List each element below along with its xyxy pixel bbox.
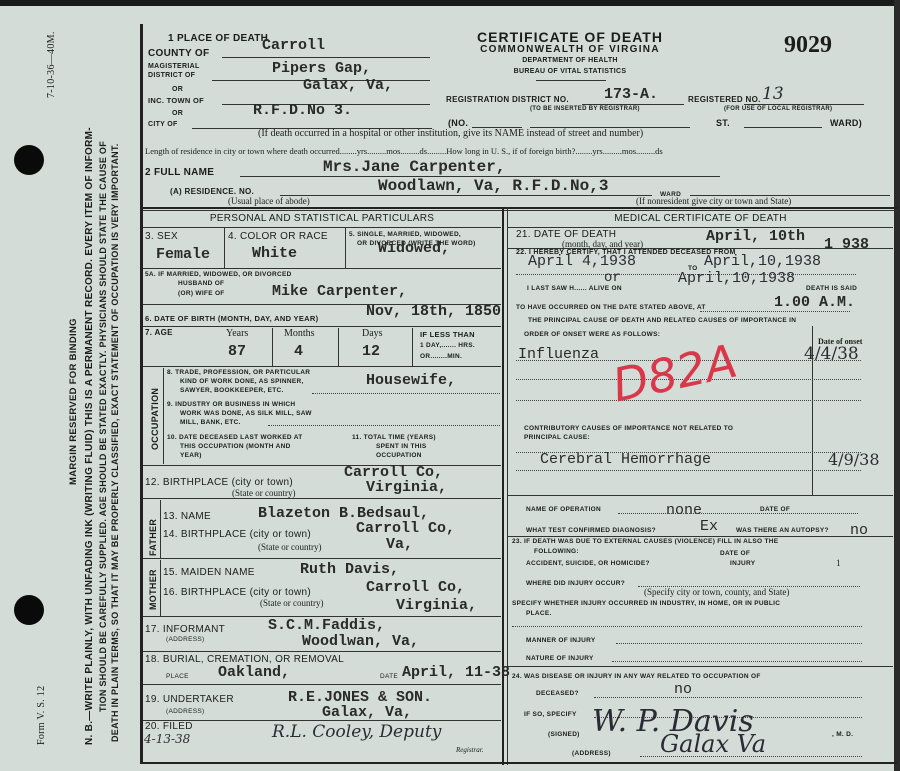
test-label: WHAT TEST CONFIRMED DIAGNOSIS? <box>526 527 656 534</box>
father-birthplace-sublabel: (State or country) <box>258 542 321 552</box>
reg-district-label: REGISTRATION DISTRICT NO. <box>446 95 569 104</box>
dob-value: Nov, 18th, 1850 <box>366 303 501 320</box>
registered-note: (FOR USE OF LOCAL REGISTRAR) <box>724 106 832 112</box>
where-label: WHERE DID INJURY OCCUR? <box>526 580 625 587</box>
total-time-label-2: SPENT IN THIS <box>376 443 427 450</box>
form-name: Form V. S. 12 <box>36 686 47 745</box>
residence-line <box>280 195 652 196</box>
residence-label: (A) RESIDENCE. NO. <box>170 187 254 196</box>
last-saw-label: I LAST SAW H...... ALIVE ON <box>527 285 622 292</box>
birthplace-state: Virginia, <box>366 479 447 496</box>
district-label-2: DISTRICT OF <box>148 72 195 79</box>
last-worked-label-2: THIS OCCUPATION (month and <box>180 443 291 450</box>
informant-name: S.C.M.Faddis, <box>268 617 385 634</box>
injury-date-label-2: INJURY <box>730 560 755 567</box>
industry-line <box>268 425 500 426</box>
registered-label: REGISTERED NO. <box>688 95 761 104</box>
residence-length: Length of residence in city or town wher… <box>145 146 663 156</box>
specify-line <box>512 626 862 627</box>
operation-value: none <box>666 502 702 519</box>
mother-side-label: MOTHER <box>148 569 158 610</box>
occupation-related-label-1: 24. WAS DISEASE OR INJURY IN ANY WAY REL… <box>512 673 761 680</box>
full-name-label: 2 FULL NAME <box>145 167 214 178</box>
burial-place: Oakland, <box>218 664 290 681</box>
informant-address-label: (ADDRESS) <box>166 636 204 643</box>
occupation-bracket <box>163 368 164 464</box>
months-label: Months <box>284 328 315 339</box>
undertaker-label: 19. UNDERTAKER <box>145 694 234 705</box>
trade-value: Housewife, <box>366 372 456 389</box>
occupation-related-line <box>594 697 862 698</box>
personal-heading: PERSONAL AND STATISTICAL PARTICULARS <box>143 213 501 224</box>
contributory-line-2 <box>516 470 861 471</box>
row-line-9 <box>143 651 501 652</box>
residence-value: Woodlawn, Va, R.F.D.No,3 <box>378 177 608 195</box>
hospital-note: (If death occurred in a hospital or othe… <box>258 128 643 139</box>
department-name: DEPARTMENT OF HEALTH <box>440 57 700 64</box>
years-divider <box>272 328 273 366</box>
total-time-label-1: 11. TOTAL TIME (YEARS) <box>352 434 436 441</box>
undertaker-address-label: (ADDRESS) <box>166 708 204 715</box>
ward-label: WARD) <box>830 118 862 128</box>
margin-instructions-1: N. B.—WRITE PLAINLY, WITH UNFADING INK (… <box>84 127 95 745</box>
header-rule <box>536 80 606 81</box>
accident-label: ACCIDENT, SUICIDE, OR HOMICIDE? <box>526 560 650 567</box>
attended-to: April,10,1938 <box>704 253 821 270</box>
column-divider <box>502 207 504 765</box>
trade-line <box>312 393 500 394</box>
operation-line <box>618 513 858 514</box>
nature-label: NATURE OF INJURY <box>526 655 594 662</box>
death-year-value: 1 938 <box>824 236 869 253</box>
specify-label-2: PLACE. <box>526 610 552 617</box>
date-of-death-value: April, 10th <box>706 228 805 245</box>
form-left-border <box>140 24 143 764</box>
full-name-value: Mrs.Jane Carpenter, <box>323 158 505 176</box>
principal-label-1: THE PRINCIPAL CAUSE OF DEATH AND RELATED… <box>528 317 796 324</box>
last-saw-value: April,10,1938 <box>678 270 795 287</box>
years-value: 87 <box>228 343 246 360</box>
bottom-border <box>143 762 898 764</box>
principal-label-2: ORDER OF ONSET WERE AS FOLLOWS: <box>524 331 660 338</box>
birthplace-label: 12. BIRTHPLACE (city or town) <box>145 477 293 488</box>
trade-label-1: 8. TRADE, PROFESSION, OR PARTICULAR <box>167 369 310 376</box>
punch-hole-bottom <box>14 595 44 625</box>
sex-label: 3. SEX <box>145 231 178 242</box>
st-label: ST. <box>716 118 730 128</box>
personal-heading-line <box>143 227 501 228</box>
nonresident-note: (If nonresident give city or town and St… <box>636 196 791 206</box>
burial-date: April, 11-38 <box>402 664 510 681</box>
or-2: OR <box>172 110 183 117</box>
marital-value: Widowed, <box>378 240 450 257</box>
age-label: 7. AGE <box>145 328 173 337</box>
registrar-signature: R.L. Cooley, Deputy <box>272 722 441 742</box>
trade-label-3: SAWYER, BOOKKEEPER, ETC. <box>180 387 284 394</box>
residence-note: (Usual place of abode) <box>228 196 310 206</box>
undertaker-address: Galax, Va, <box>322 704 412 721</box>
row-line-10 <box>143 684 501 685</box>
mother-birthplace-state: Virginia, <box>396 597 477 614</box>
or-text: or <box>604 270 621 286</box>
mother-birthplace-city: Carroll Co, <box>366 579 465 596</box>
section-divider <box>143 207 898 209</box>
county-label: COUNTY OF <box>148 48 209 59</box>
autopsy-label: WAS THERE AN AUTOPSY? <box>736 527 829 534</box>
time-value: 1.00 A.M. <box>774 294 855 311</box>
cause-line-3 <box>516 400 861 401</box>
contributory-label-1: CONTRIBUTORY CAUSES OF IMPORTANCE NOT RE… <box>524 425 733 432</box>
medical-heading: MEDICAL CERTIFICATE OF DEATH <box>508 213 893 224</box>
race-value: White <box>252 245 297 262</box>
industry-label-3: MILL, BANK, ETC. <box>180 419 241 426</box>
informant-label: 17. INFORMANT <box>145 624 225 635</box>
district-value: Pipers Gap, <box>272 60 371 77</box>
certificate-number: 9029 <box>784 32 832 59</box>
attended-from: April 4,1938 <box>528 253 636 270</box>
occupation-related-label-2: DECEASED? <box>536 690 579 697</box>
mother-birthplace-label: 16. BIRTHPLACE (city or town) <box>163 587 311 598</box>
race-divider <box>345 228 346 268</box>
row-line-3 <box>143 326 501 327</box>
spouse-value: Mike Carpenter, <box>272 283 407 300</box>
row-line-4 <box>143 366 501 367</box>
birthplace-sublabel: (State or country) <box>232 488 295 498</box>
medical-row-line-2 <box>508 536 893 537</box>
section-divider-2 <box>143 210 898 211</box>
principal-onset: 4/4/38 <box>804 344 859 364</box>
spouse-label-2: HUSBAND OF <box>178 280 224 287</box>
occupation-related-value: no <box>674 681 692 698</box>
or-1: OR <box>172 86 183 93</box>
days-value: 12 <box>362 343 380 360</box>
marital-label-1: 5. SINGLE, MARRIED, WIDOWED, <box>349 231 461 238</box>
days-label: Days <box>362 328 383 339</box>
external-label-1: 23. IF DEATH WAS DUE TO EXTERNAL CAUSES … <box>512 538 778 545</box>
margin-instructions-2: TION SHOULD BE CAREFULLY SUPPLIED. AGE S… <box>98 141 108 712</box>
manner-line <box>616 643 862 644</box>
death-said-label: DEATH IS SAID <box>806 285 857 292</box>
death-certificate-page: 7-10-36—40M. Form V. S. 12 MARGIN RESERV… <box>0 0 900 771</box>
where-note: (Specify city or town, county, and State… <box>644 587 789 597</box>
less-label-1: IF LESS THAN <box>420 330 475 339</box>
sex-value: Female <box>156 246 210 263</box>
burial-place-label: PLACE <box>166 673 189 680</box>
injury-mark: 1 <box>836 558 841 568</box>
bureau-name: BUREAU OF VITAL STATISTICS <box>440 68 700 75</box>
punch-hole-top <box>14 145 44 175</box>
row-line-1 <box>143 268 501 269</box>
if-so-label: IF SO, SPECIFY <box>524 711 577 718</box>
nature-line <box>612 661 862 662</box>
occurred-label: TO HAVE OCCURRED ON THE DATE STATED ABOV… <box>516 304 706 311</box>
sex-divider <box>224 228 225 268</box>
row-line-7 <box>143 558 501 559</box>
dob-label: 6. DATE OF BIRTH (month, day, and year) <box>145 314 318 323</box>
father-side-label: FATHER <box>148 519 158 556</box>
injury-date-label-1: DATE OF <box>720 550 750 557</box>
district-label-1: MAGISTERIAL <box>148 63 200 70</box>
years-label: Years <box>226 328 248 339</box>
scan-edge-top <box>0 0 900 6</box>
industry-label-2: WORK WAS DONE, AS SILK MILL, SAW <box>180 410 312 417</box>
contributory-label-2: PRINCIPAL CAUSE: <box>524 434 590 441</box>
less-label-2: 1 DAY,....... HRS. <box>420 342 475 349</box>
occupation-side-label: OCCUPATION <box>150 388 160 450</box>
address-line <box>640 756 862 757</box>
reg-district-note: (TO BE INSERTED BY REGISTRAR) <box>530 106 640 112</box>
operation-date-label: DATE OF <box>760 506 790 513</box>
last-worked-label-1: 10. DATE DECEASED LAST WORKED AT <box>167 434 303 441</box>
test-value: Ex <box>700 518 718 535</box>
mother-name-label: 15. MAIDEN NAME <box>163 567 255 578</box>
reg-district-line <box>582 104 684 105</box>
father-birthplace-state: Va, <box>386 536 413 553</box>
mother-birthplace-sublabel: (State or country) <box>260 598 323 608</box>
operation-label: NAME OF OPERATION <box>526 506 601 513</box>
physician-address: Galax Va <box>660 730 766 758</box>
filed-label: 20. FILED <box>145 721 193 732</box>
no-label: (NO. <box>448 118 468 128</box>
county-value: Carroll <box>262 37 325 54</box>
city-value: R.F.D.No 3. <box>253 102 352 119</box>
external-label-2: FOLLOWING: <box>534 548 579 555</box>
months-divider <box>338 328 339 366</box>
scan-edge-right <box>894 0 900 771</box>
registered-value: 13 <box>762 84 784 104</box>
days-divider <box>412 328 413 366</box>
row-line-5 <box>143 465 501 466</box>
margin-binding-text: MARGIN RESERVED FOR BINDING <box>68 318 79 485</box>
medical-row-line <box>508 495 893 496</box>
time-line <box>700 311 850 312</box>
trade-label-2: KIND OF WORK DONE, AS SPINNER, <box>180 378 304 385</box>
race-label: 4. COLOR OR RACE <box>228 231 328 242</box>
specify-label-1: SPECIFY WHETHER INJURY OCCURRED IN INDUS… <box>512 600 780 607</box>
father-birthplace-city: Carroll Co, <box>356 520 455 537</box>
total-time-label-3: OCCUPATION <box>376 452 422 459</box>
mother-bracket <box>160 560 161 616</box>
place-of-death-heading: 1 PLACE OF DEATH <box>168 33 268 44</box>
row-line-6 <box>143 498 501 499</box>
margin-instructions-3: DEATH IN PLAIN TERMS, SO THAT IT MAY BE … <box>110 143 120 742</box>
form-code: 7-10-36—40M. <box>46 31 57 98</box>
reg-district-value: 173-A. <box>604 86 658 103</box>
registrar-label: Registrar. <box>456 746 483 754</box>
last-worked-label-3: year) <box>180 452 202 459</box>
father-birthplace-label: 14. BIRTHPLACE (city or town) <box>163 529 311 540</box>
medical-row-line-3 <box>508 666 893 667</box>
city-label: CITY OF <box>148 121 178 128</box>
industry-label-1: 9. INDUSTRY OR BUSINESS IN WHICH <box>167 401 295 408</box>
ward-line <box>744 127 822 128</box>
mother-name: Ruth Davis, <box>300 561 399 578</box>
address-label: (ADDRESS) <box>572 750 611 757</box>
medical-heading-line <box>508 227 893 228</box>
father-bracket <box>160 500 161 558</box>
contributory-cause: Cerebral Hemorrhage <box>540 451 711 468</box>
column-divider-2 <box>507 207 508 765</box>
less-label-3: OR........MIN. <box>420 353 462 360</box>
row-line-11 <box>143 720 501 721</box>
town-value: Galax, Va, <box>303 77 393 94</box>
state-name: COMMONWEALTH OF VIRGINA <box>440 44 700 55</box>
spouse-label-3: (OR) WIFE OF <box>178 290 225 297</box>
town-label: INC. TOWN OF <box>148 96 204 105</box>
months-value: 4 <box>294 343 303 360</box>
registered-line <box>744 104 864 105</box>
manner-label: MANNER OF INJURY <box>526 637 596 644</box>
informant-address: Woodlwan, Va, <box>302 633 419 650</box>
certificate-title: CERTIFICATE OF DEATH <box>440 29 700 45</box>
md-label: , M. D. <box>832 731 853 738</box>
spouse-label-1: 5A. IF MARRIED, WIDOWED, OR DIVORCED <box>145 271 292 278</box>
father-name-label: 13. NAME <box>163 511 211 522</box>
filed-date: 4-13-38 <box>144 732 190 746</box>
county-line <box>222 57 430 58</box>
contributory-line-1 <box>516 452 861 453</box>
signed-label: (SIGNED) <box>548 731 580 738</box>
burial-date-label: DATE <box>380 673 398 680</box>
